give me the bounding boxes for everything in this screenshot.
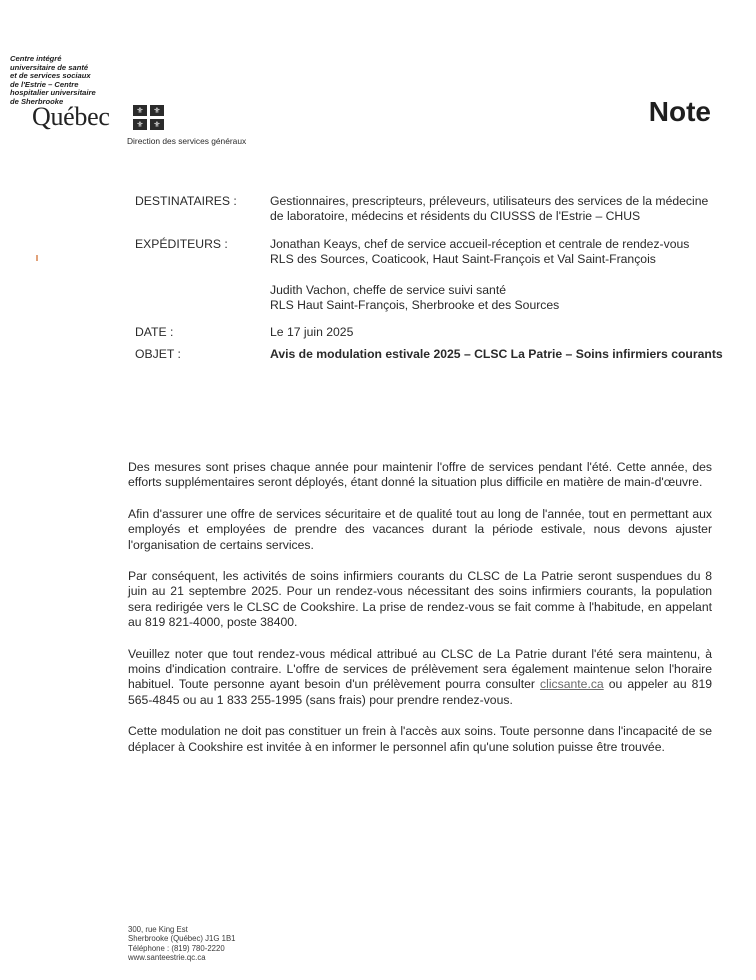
website-link[interactable]: www.santeestrie.qc.ca bbox=[128, 953, 235, 962]
fleur-de-lis-icon: ⚜ bbox=[133, 119, 147, 130]
clicsante-link[interactable]: clicsante.ca bbox=[540, 677, 604, 691]
page-title: Note bbox=[649, 96, 711, 128]
senders-row: EXPÉDITEURS : Jonathan Keays, chef de se… bbox=[135, 237, 725, 314]
sender-entry: Jonathan Keays, chef de service accueil-… bbox=[270, 237, 725, 268]
subject-label: OBJET : bbox=[135, 347, 270, 362]
date-value: Le 17 juin 2025 bbox=[270, 325, 725, 340]
phone-number: Téléphone : (819) 780-2220 bbox=[128, 944, 235, 953]
memo-body: Des mesures sont prises chaque année pou… bbox=[128, 460, 712, 771]
fleur-de-lis-icon: ⚜ bbox=[150, 105, 164, 116]
scan-mark bbox=[36, 255, 38, 261]
fleur-de-lis-icon: ⚜ bbox=[133, 105, 147, 116]
subject-row: OBJET : Avis de modulation estivale 2025… bbox=[135, 347, 725, 362]
subject-value: Avis de modulation estivale 2025 – CLSC … bbox=[270, 347, 725, 362]
footer-address: 300, rue King Est Sherbrooke (Québec) J1… bbox=[128, 925, 235, 962]
date-label: DATE : bbox=[135, 325, 270, 340]
direction-name: Direction des services généraux bbox=[127, 136, 246, 146]
address-street: 300, rue King Est bbox=[128, 925, 235, 934]
senders-label: EXPÉDITEURS : bbox=[135, 237, 270, 314]
recipients-row: DESTINATAIRES : Gestionnaires, prescript… bbox=[135, 194, 725, 225]
memo-metadata: DESTINATAIRES : Gestionnaires, prescript… bbox=[135, 194, 725, 374]
sender-name-title: Judith Vachon, cheffe de service suivi s… bbox=[270, 283, 506, 297]
body-paragraph: Veuillez noter que tout rendez-vous médi… bbox=[128, 647, 712, 709]
address-city: Sherbrooke (Québec) J1G 1B1 bbox=[128, 934, 235, 943]
body-paragraph: Par conséquent, les activités de soins i… bbox=[128, 569, 712, 631]
senders-value: Jonathan Keays, chef de service accueil-… bbox=[270, 237, 725, 314]
organization-name: Centre intégré universitaire de santé et… bbox=[10, 55, 140, 107]
sender-territory: RLS des Sources, Coaticook, Haut Saint-F… bbox=[270, 252, 656, 266]
fleur-de-lis-icon: ⚜ bbox=[150, 119, 164, 130]
quebec-wordmark: Québec bbox=[32, 102, 110, 132]
recipients-value: Gestionnaires, prescripteurs, préleveurs… bbox=[270, 194, 725, 225]
quebec-flag-icon: ⚜ ⚜ ⚜ ⚜ bbox=[133, 105, 165, 131]
sender-name-title: Jonathan Keays, chef de service accueil-… bbox=[270, 237, 689, 251]
sender-entry: Judith Vachon, cheffe de service suivi s… bbox=[270, 283, 725, 314]
sender-territory: RLS Haut Saint-François, Sherbrooke et d… bbox=[270, 298, 559, 312]
date-row: DATE : Le 17 juin 2025 bbox=[135, 325, 725, 340]
body-paragraph: Des mesures sont prises chaque année pou… bbox=[128, 460, 712, 491]
recipients-label: DESTINATAIRES : bbox=[135, 194, 270, 225]
body-paragraph: Cette modulation ne doit pas constituer … bbox=[128, 724, 712, 755]
body-paragraph: Afin d'assurer une offre de services séc… bbox=[128, 507, 712, 553]
